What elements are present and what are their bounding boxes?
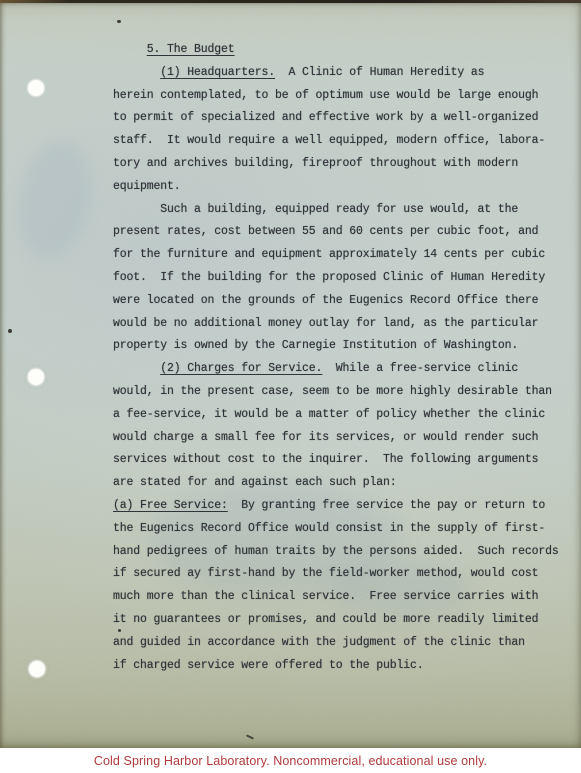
- text-line: herein contemplated, to be of optimum us…: [113, 85, 581, 108]
- text-segment: staff. It would require a well equipped,…: [113, 134, 545, 147]
- text-segment: While a free-service clinic: [322, 362, 518, 375]
- typewritten-text: 5. The Budget (1) Headquarters. A Clinic…: [0, 39, 581, 677]
- credit-text: Cold Spring Harbor Laboratory. Noncommer…: [94, 754, 487, 768]
- text-segment: By granting free service the pay or retu…: [228, 499, 545, 512]
- text-segment: for the furniture and equipment approxim…: [113, 248, 545, 261]
- text-segment: it no guarantees or promises, and could …: [113, 613, 538, 626]
- text-segment: were located on the grounds of the Eugen…: [113, 294, 538, 307]
- text-line: to permit of specialized and effective w…: [113, 107, 581, 130]
- text-segment: present rates, cost between 55 and 60 ce…: [113, 225, 538, 238]
- text-segment: tory and archives building, fireproof th…: [113, 157, 518, 170]
- text-segment: would charge a small fee for its service…: [113, 431, 538, 444]
- text-segment: if charged service were offered to the p…: [113, 659, 424, 672]
- text-segment: Such a building, equipped ready for use …: [113, 203, 518, 216]
- text-line: equipment.: [113, 176, 581, 199]
- credit-footer: Cold Spring Harbor Laboratory. Noncommer…: [0, 748, 581, 773]
- text-line: would, in the present case, seem to be m…: [113, 381, 581, 404]
- scanned-document: 5. The Budget (1) Headquarters. A Clinic…: [0, 0, 581, 773]
- text-segment: equipment.: [113, 180, 181, 193]
- text-segment: [113, 43, 147, 56]
- text-segment: would, in the present case, seem to be m…: [113, 385, 552, 398]
- text-segment: if secured ay first-hand by the field-wo…: [113, 567, 538, 580]
- text-line: would charge a small fee for its service…: [113, 427, 581, 450]
- text-line: were located on the grounds of the Eugen…: [113, 290, 581, 313]
- text-segment: foot. If the building for the proposed C…: [113, 271, 545, 284]
- text-line: tory and archives building, fireproof th…: [113, 153, 581, 176]
- text-line: would be no additional money outlay for …: [113, 313, 581, 336]
- text-line: property is owned by the Carnegie Instit…: [113, 335, 581, 358]
- text-line: present rates, cost between 55 and 60 ce…: [113, 221, 581, 244]
- text-line: 5. The Budget: [113, 39, 581, 62]
- underlined-heading: (1) Headquarters.: [160, 66, 275, 79]
- text-line: for the furniture and equipment approxim…: [113, 244, 581, 267]
- text-segment: would be no additional money outlay for …: [113, 317, 538, 330]
- text-line: if charged service were offered to the p…: [113, 655, 581, 678]
- text-line: much more than the clinical service. Fre…: [113, 586, 581, 609]
- text-segment: [113, 66, 160, 79]
- text-line: (1) Headquarters. A Clinic of Human Here…: [113, 62, 581, 85]
- text-segment: property is owned by the Carnegie Instit…: [113, 339, 518, 352]
- text-line: (2) Charges for Service. While a free-se…: [113, 358, 581, 381]
- text-segment: [113, 362, 160, 375]
- text-segment: much more than the clinical service. Fre…: [113, 590, 538, 603]
- text-line: it no guarantees or promises, and could …: [113, 609, 581, 632]
- text-line: foot. If the building for the proposed C…: [113, 267, 581, 290]
- text-segment: and guided in accordance with the judgme…: [113, 636, 525, 649]
- text-segment: a fee-service, it would be a matter of p…: [113, 408, 545, 421]
- text-line: staff. It would require a well equipped,…: [113, 130, 581, 153]
- text-line: hand pedigrees of human traits by the pe…: [113, 541, 581, 564]
- underlined-heading: 5. The Budget: [147, 43, 235, 56]
- text-segment: are stated for and against each such pla…: [113, 476, 397, 489]
- text-segment: to permit of specialized and effective w…: [113, 111, 538, 124]
- text-line: the Eugenics Record Office would consist…: [113, 518, 581, 541]
- scan-top-edge: [0, 0, 581, 3]
- text-line: if secured ay first-hand by the field-wo…: [113, 563, 581, 586]
- ink-speck: [117, 20, 121, 23]
- text-line: and guided in accordance with the judgme…: [113, 632, 581, 655]
- text-segment: herein contemplated, to be of optimum us…: [113, 89, 538, 102]
- text-line: a fee-service, it would be a matter of p…: [113, 404, 581, 427]
- text-line: Such a building, equipped ready for use …: [113, 199, 581, 222]
- underlined-heading: (a) Free Service:: [113, 499, 228, 512]
- text-segment: the Eugenics Record Office would consist…: [113, 522, 545, 535]
- text-segment: A Clinic of Human Heredity as: [275, 66, 484, 79]
- underlined-heading: (2) Charges for Service.: [160, 362, 322, 375]
- text-line: are stated for and against each such pla…: [113, 472, 581, 495]
- text-line: services without cost to the inquirer. T…: [113, 449, 581, 472]
- text-line: (a) Free Service: By granting free servi…: [113, 495, 581, 518]
- text-segment: hand pedigrees of human traits by the pe…: [113, 545, 559, 558]
- text-segment: services without cost to the inquirer. T…: [113, 453, 538, 466]
